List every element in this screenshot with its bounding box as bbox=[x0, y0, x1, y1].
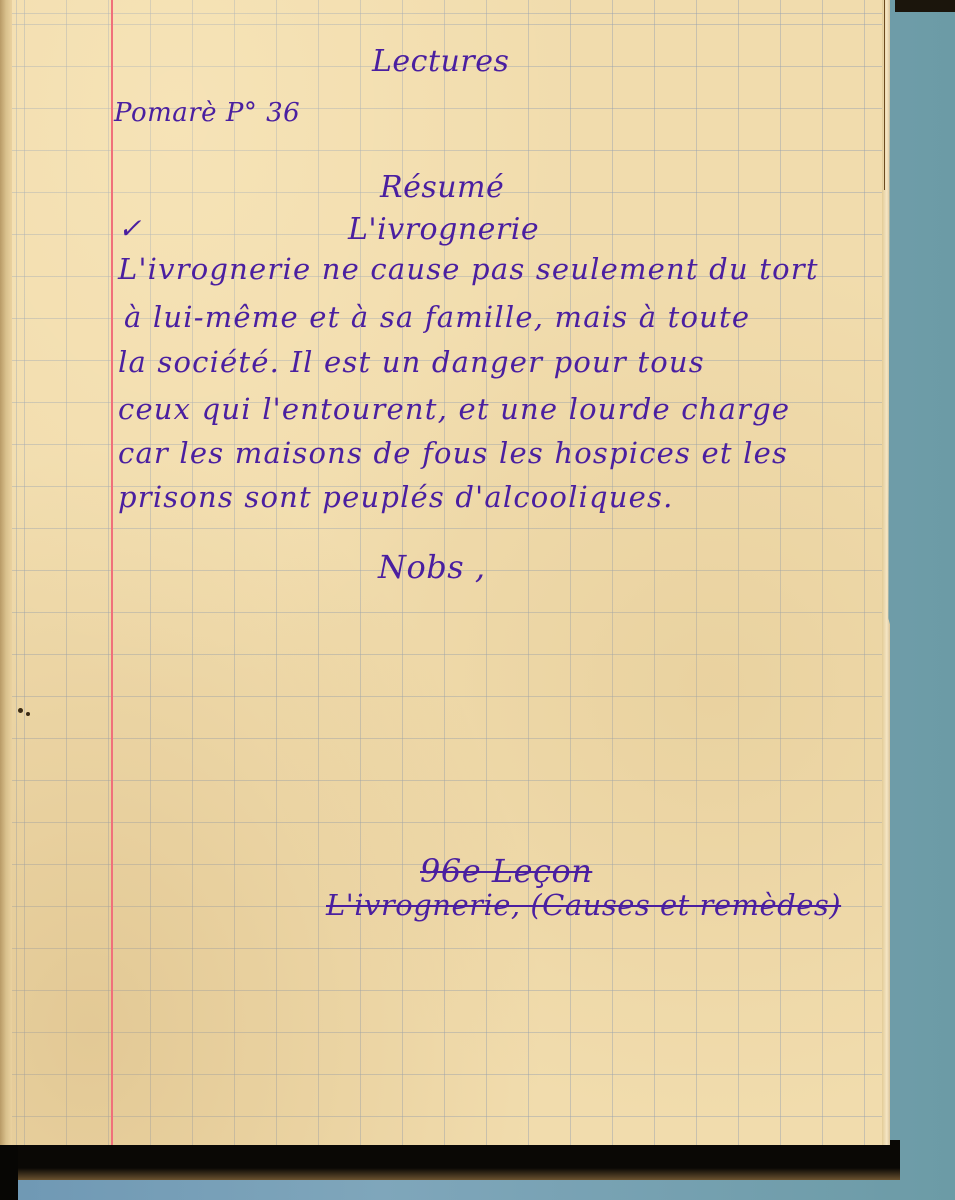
binding-edge bbox=[0, 0, 12, 1145]
check-mark-icon: ✓ bbox=[118, 212, 142, 245]
summary-line: car les maisons de fous les hospices et … bbox=[118, 436, 788, 470]
reference-note: Pomarè P° 36 bbox=[114, 98, 300, 128]
summary-line: L'ivrognerie ne cause pas seulement du t… bbox=[118, 252, 819, 286]
lesson-number: 96e Leçon bbox=[420, 852, 592, 890]
summary-line: la société. Il est un danger pour tous bbox=[118, 345, 705, 379]
summary-line: ceux qui l'entourent, et une lourde char… bbox=[118, 392, 790, 426]
page-title: Lectures bbox=[372, 44, 509, 79]
scanner-background-top bbox=[895, 0, 955, 12]
page-edge-line bbox=[884, 0, 885, 190]
summary-line: à lui-même et à sa famille, mais à toute bbox=[124, 300, 750, 334]
grade-signature: Nobs , bbox=[378, 548, 486, 586]
page-shadow-left bbox=[0, 1140, 18, 1200]
summary-heading: Résumé bbox=[380, 170, 504, 205]
red-margin-line bbox=[111, 0, 113, 1145]
notebook-page: Lectures Pomarè P° 36 Résumé ✓ L'ivrogne… bbox=[0, 0, 890, 1145]
ink-blot bbox=[26, 712, 30, 716]
lesson-title: L'ivrognerie, (Causes et remèdes) bbox=[326, 888, 841, 922]
page-shadow bbox=[0, 1140, 900, 1180]
summary-subject: L'ivrognerie bbox=[348, 212, 539, 247]
summary-line: prisons sont peuplés d'alcooliques. bbox=[118, 480, 674, 514]
ink-blot bbox=[18, 708, 23, 713]
